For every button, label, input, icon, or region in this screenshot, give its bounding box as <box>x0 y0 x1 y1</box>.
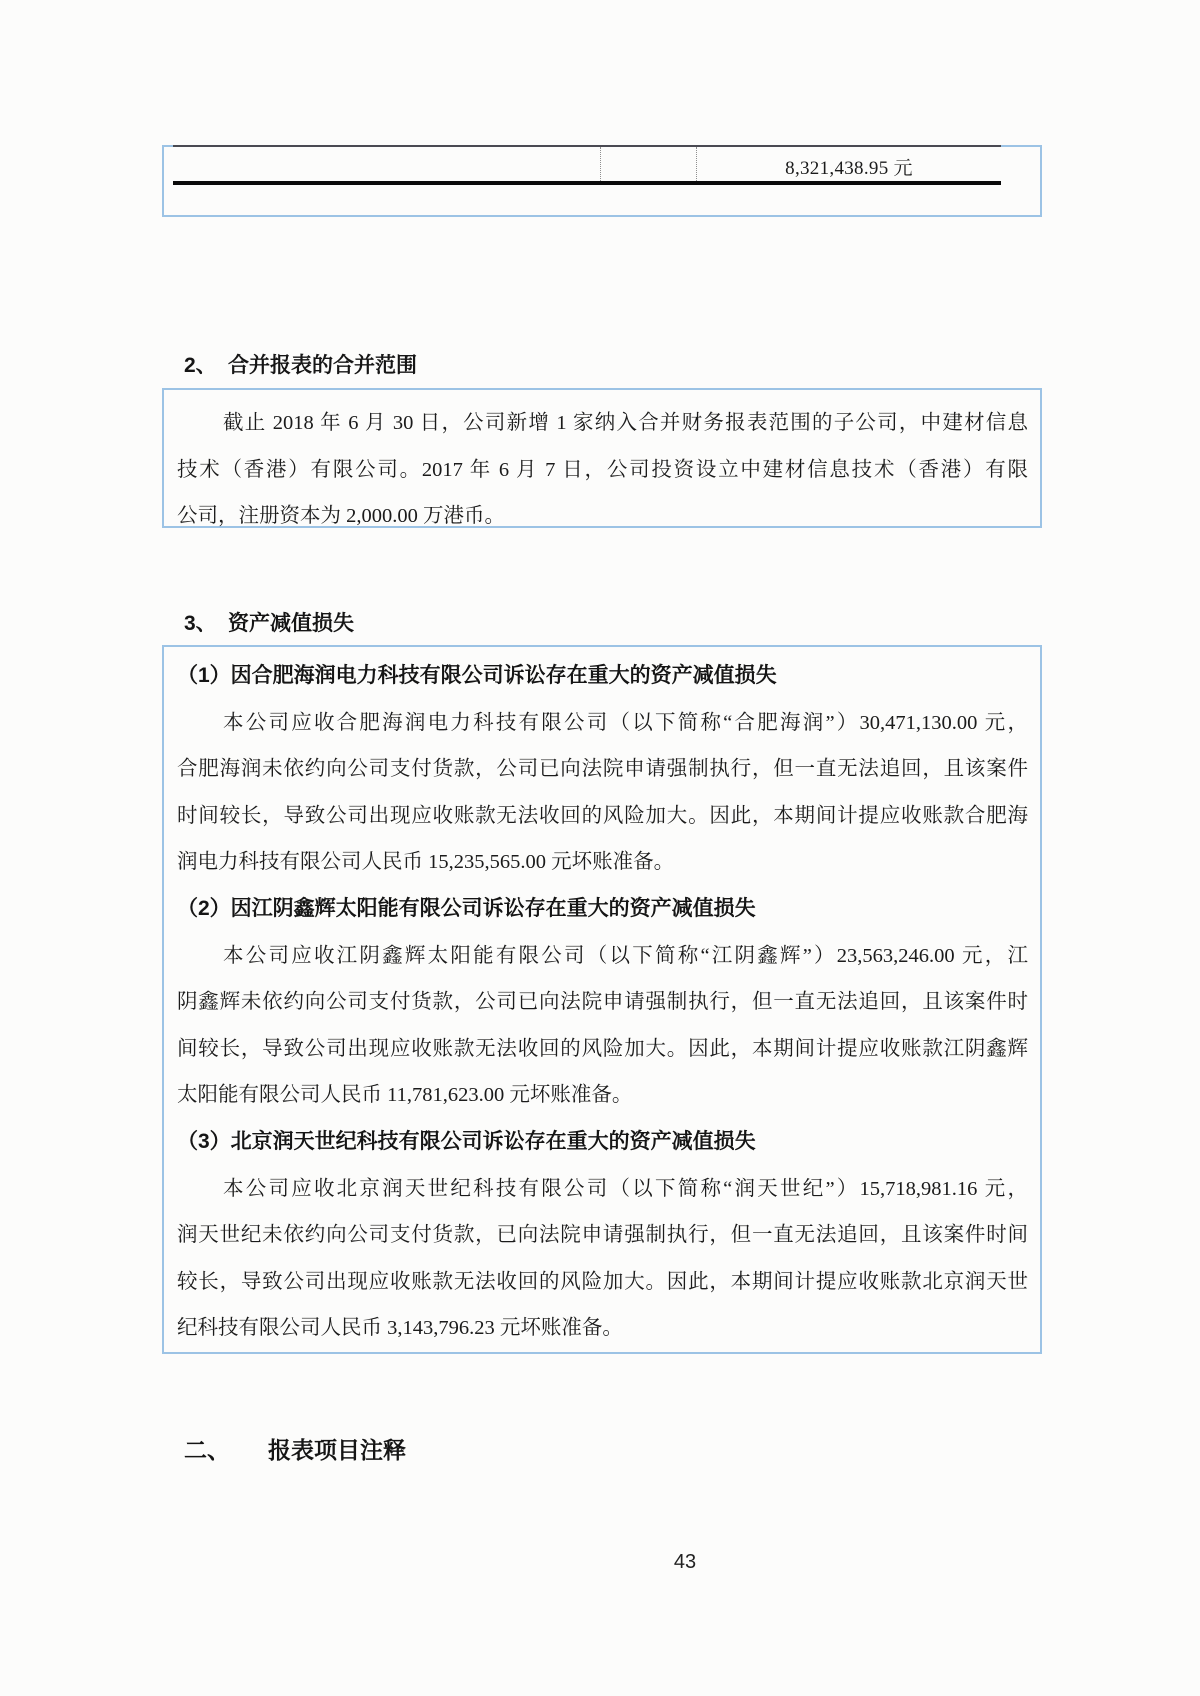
section-3-box: （1）因合肥海润电力科技有限公司诉讼存在重大的资产减值损失 本公司应收合肥海润电… <box>162 645 1042 1354</box>
paragraph-line: 本公司应收江阴鑫辉太阳能有限公司（以下简称“江阴鑫辉”）23,563,246.0… <box>177 933 1028 980</box>
paragraph-line: 润天世纪未依约向公司支付货款，已向法院申请强制执行，但一直无法追回，且该案件时间 <box>177 1212 1028 1259</box>
table-cell-amount: 8,321,438.95 元 <box>697 147 1001 181</box>
paragraph-line: 技术（香港）有限公司。2017 年 6 月 7 日，公司投资设立中建材信息技术（… <box>177 447 1028 494</box>
paragraph-line: 润电力科技有限公司人民币 15,235,565.00 元坏账准备。 <box>177 839 1028 886</box>
section-3-title: 资产减值损失 <box>228 612 354 635</box>
paragraph-line: 截止 2018 年 6 月 30 日，公司新增 1 家纳入合并财务报表范围的子公… <box>177 400 1028 447</box>
paragraph-line: 间较长，导致公司出现应收账款无法收回的风险加大。因此，本期间计提应收账款江阴鑫辉 <box>177 1026 1028 1073</box>
table-cell-empty-2 <box>600 147 697 181</box>
section-2-number: 2、 <box>184 349 228 379</box>
table-row: 8,321,438.95 元 <box>173 145 1001 185</box>
subsection-2-heading: （2）因江阴鑫辉太阳能有限公司诉讼存在重大的资产减值损失 <box>177 886 1028 933</box>
section-2-box: 截止 2018 年 6 月 30 日，公司新增 1 家纳入合并财务报表范围的子公… <box>162 388 1042 528</box>
paragraph-line: 纪科技有限公司人民币 3,143,796.23 元坏账准备。 <box>177 1305 1028 1352</box>
section-b-title: 报表项目注释 <box>268 1437 406 1463</box>
section-2-title: 合并报表的合并范围 <box>228 354 417 377</box>
section-b-heading: 二、报表项目注释 <box>184 1432 406 1465</box>
section-3-heading: 3、资产减值损失 <box>184 607 354 637</box>
paragraph-line: 本公司应收北京润天世纪科技有限公司（以下简称“润天世纪”）15,718,981.… <box>177 1166 1028 1213</box>
top-table-box: 8,321,438.95 元 <box>162 145 1042 217</box>
paragraph-line: 时间较长，导致公司出现应收账款无法收回的风险加大。因此，本期间计提应收账款合肥海 <box>177 793 1028 840</box>
section-b-number: 二、 <box>184 1432 268 1465</box>
document-page: 8,321,438.95 元 2、合并报表的合并范围 截止 2018 年 6 月… <box>0 0 1200 1696</box>
section-3-number: 3、 <box>184 607 228 637</box>
paragraph-line: 阴鑫辉未依约向公司支付货款，公司已向法院申请强制执行，但一直无法追回，且该案件时 <box>177 979 1028 1026</box>
table-cell-empty-1 <box>173 147 600 181</box>
section-2-heading: 2、合并报表的合并范围 <box>184 349 417 379</box>
subsection-1-heading: （1）因合肥海润电力科技有限公司诉讼存在重大的资产减值损失 <box>177 653 1028 700</box>
paragraph-line: 合肥海润未依约向公司支付货款，公司已向法院申请强制执行，但一直无法追回，且该案件 <box>177 746 1028 793</box>
paragraph-line: 太阳能有限公司人民币 11,781,623.00 元坏账准备。 <box>177 1072 1028 1119</box>
subsection-3-heading: （3）北京润天世纪科技有限公司诉讼存在重大的资产减值损失 <box>177 1119 1028 1166</box>
page-number: 43 <box>645 1551 725 1574</box>
paragraph-line: 公司，注册资本为 2,000.00 万港币。 <box>177 493 1028 540</box>
paragraph-line: 较长，导致公司出现应收账款无法收回的风险加大。因此，本期间计提应收账款北京润天世 <box>177 1259 1028 1306</box>
paragraph-line: 本公司应收合肥海润电力科技有限公司（以下简称“合肥海润”）30,471,130.… <box>177 700 1028 747</box>
